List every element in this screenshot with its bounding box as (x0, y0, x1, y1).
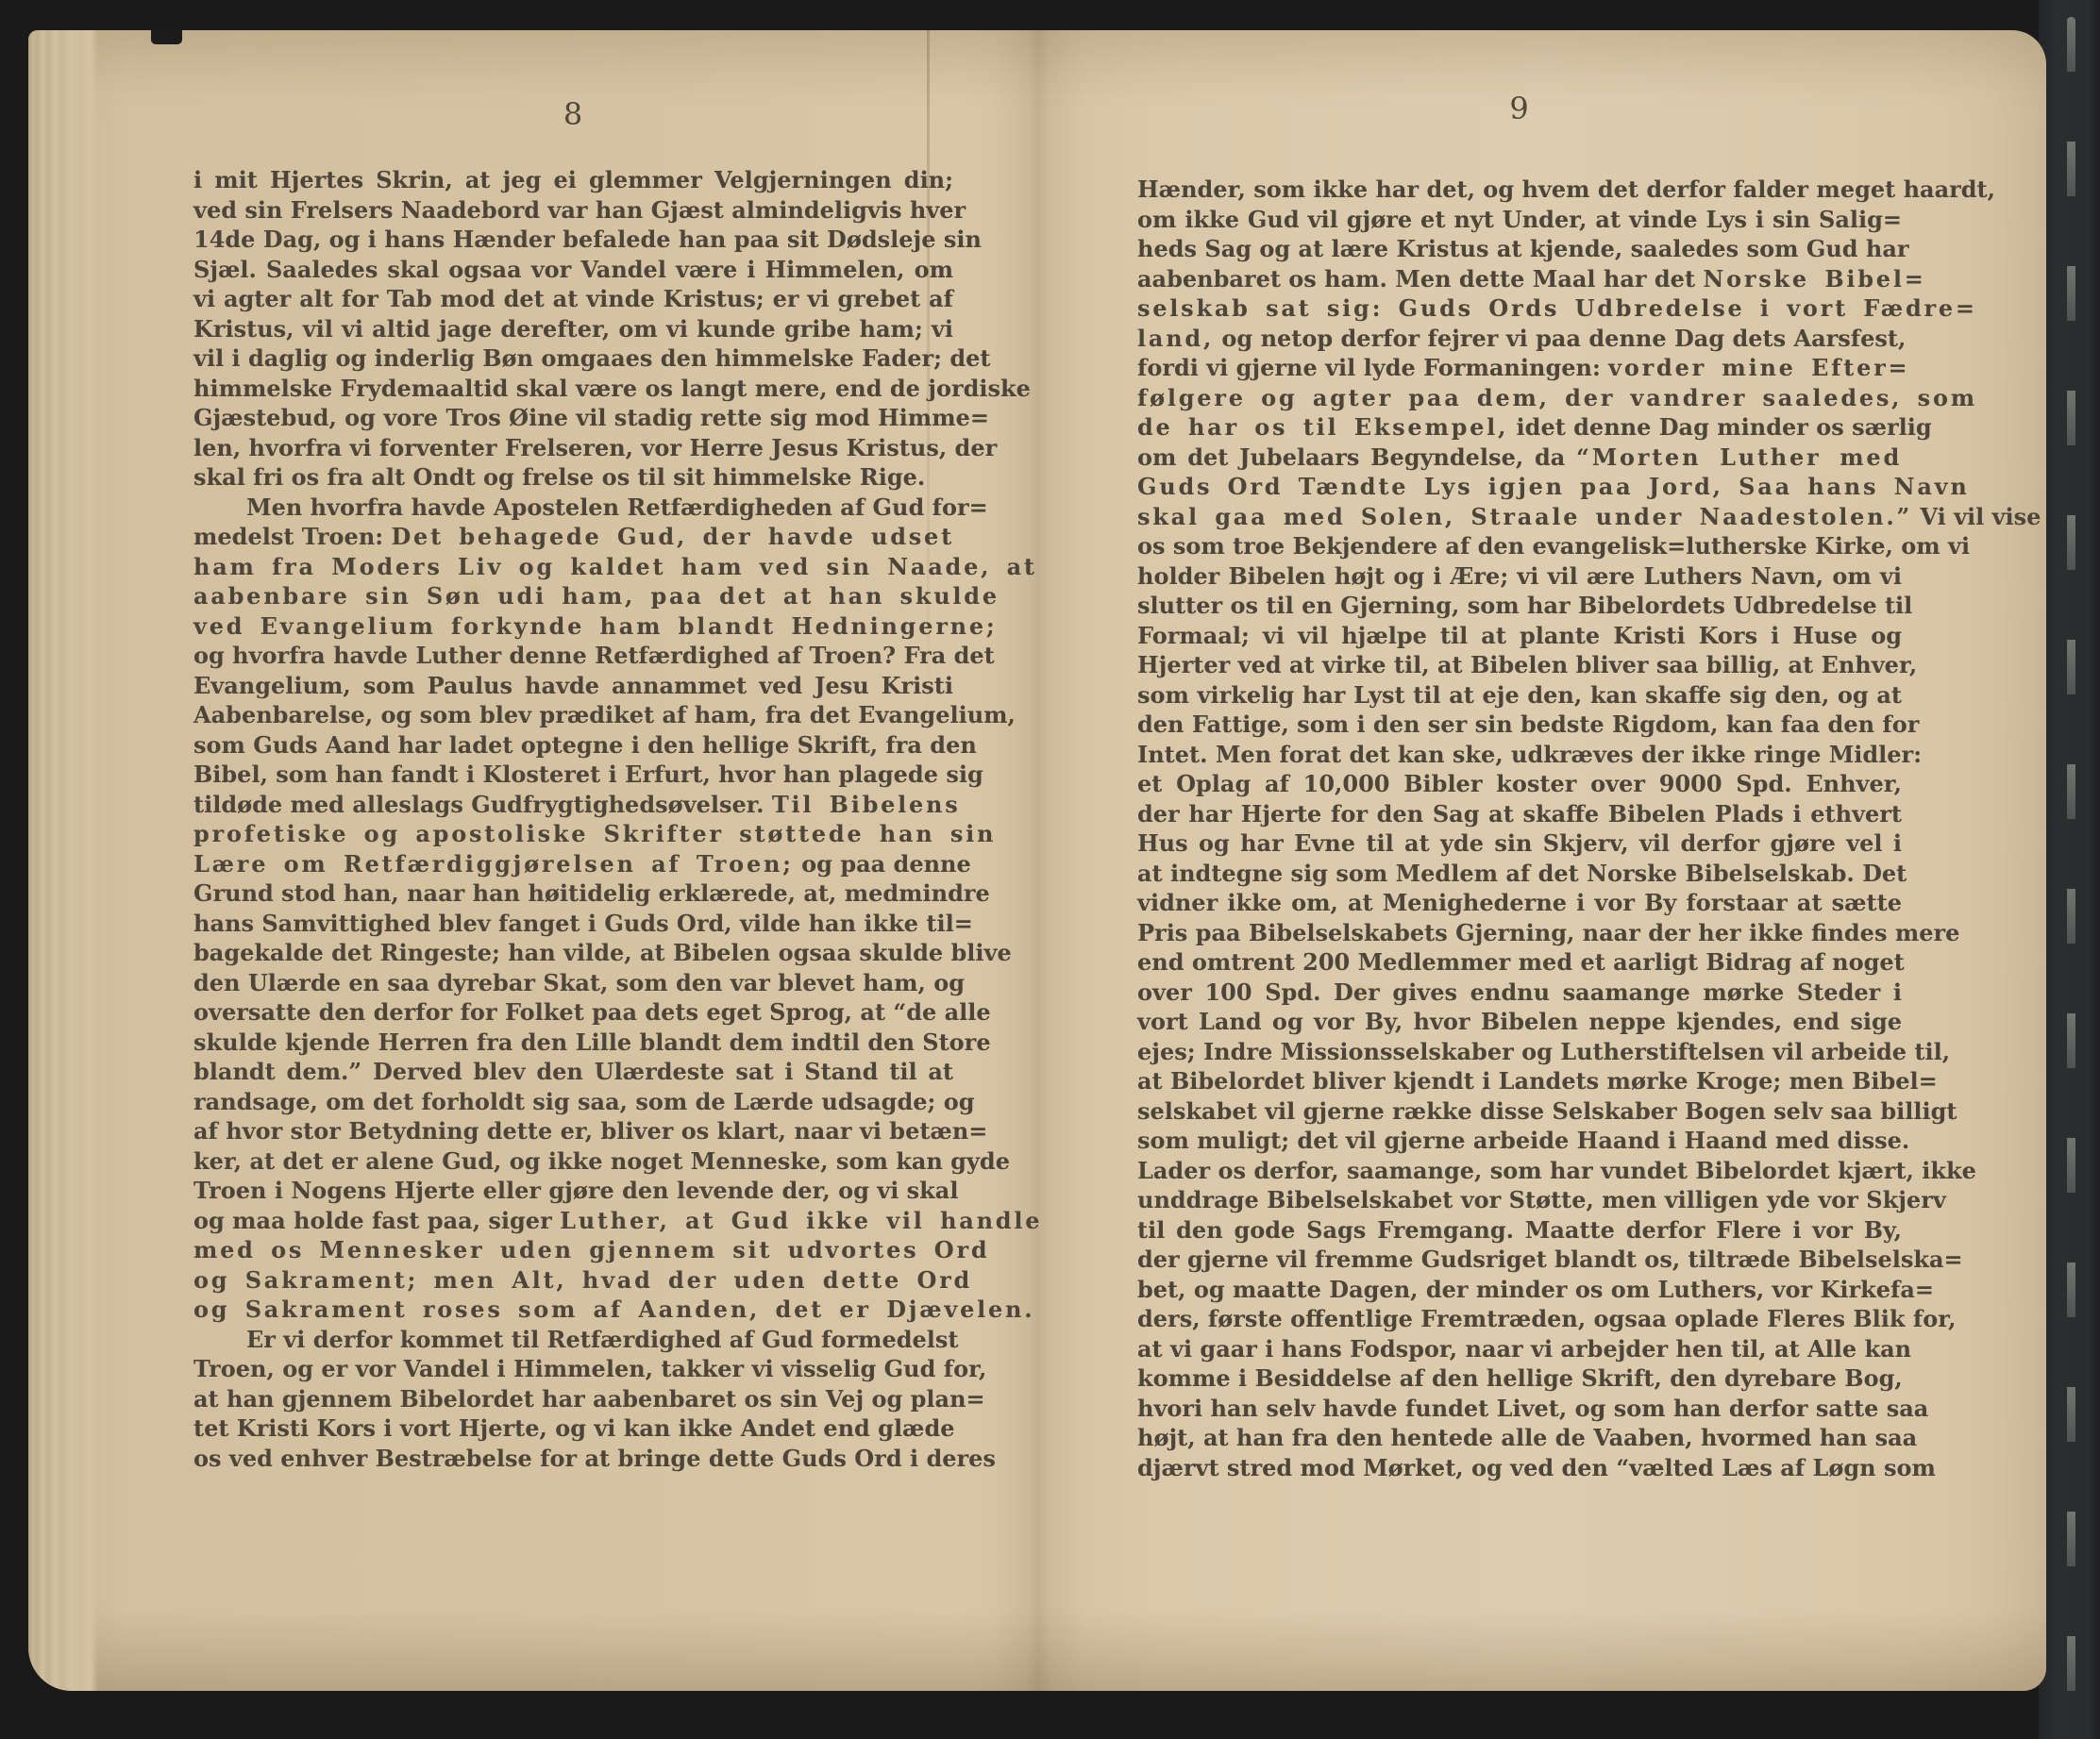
text-line: højt, at han fra den hentede alle de Vaa… (1137, 1423, 1902, 1453)
spaced-text-segment: aabenbare sin Søn udi ham, paa det at ha… (193, 582, 1000, 610)
text-line: bet, og maatte Dagen, der minder os om L… (1137, 1275, 1902, 1305)
text-segment: Kristus, vil vi altid jage derefter, om … (193, 315, 953, 343)
text-line: os ved enhver Bestræbelse for at bringe … (193, 1444, 953, 1474)
text-segment: Hjerter ved at virke til, at Bibelen bli… (1137, 651, 1917, 678)
text-segment: himmelske Frydemaaltid skal være os lang… (193, 375, 1031, 402)
text-segment: Grund stod han, naar han høitidelig erkl… (193, 879, 990, 907)
stitch-marks (2067, 17, 2075, 1720)
text-segment: slutter os til en Gjerning, som har Bibe… (1137, 592, 1912, 619)
left-page-text: i mit Hjertes Skrin, at jeg ei glemmer V… (193, 165, 953, 1473)
text-segment: Men hvorfra havde Apostelen Retfærdighed… (246, 493, 988, 521)
text-line: Hjerter ved at virke til, at Bibelen bli… (1137, 650, 1902, 680)
text-segment: medelst Troen: (193, 523, 391, 550)
text-line: unddrage Bibelselskabet vor Støtte, men … (1137, 1185, 1902, 1215)
spaced-text-segment: land, (1137, 325, 1214, 352)
text-line: og Sakrament; men Alt, hvad der uden det… (193, 1265, 953, 1296)
text-segment: i mit Hjertes Skrin, at jeg ei glemmer V… (193, 166, 953, 193)
text-segment: der har Hjerte for den Sag at skaffe Bib… (1137, 800, 1902, 828)
text-segment: idet denne Dag minder os særlig (1508, 413, 1932, 441)
text-segment: Lader os derfor, saamange, som har vunde… (1137, 1157, 1976, 1184)
text-line: djærvt stred mod Mørket, og ved den “væl… (1137, 1453, 1902, 1483)
text-line: holder Bibelen højt og i Ære; vi vil ære… (1137, 561, 1902, 592)
text-line: Men hvorfra havde Apostelen Retfærdighed… (193, 493, 953, 523)
text-segment: os som troe Bekjendere af den evangelisk… (1137, 532, 1970, 560)
text-line: at vi gaar i hans Fodspor, naar vi arbej… (1137, 1334, 1902, 1364)
text-line: len, hvorfra vi forventer Frelseren, vor… (193, 433, 953, 463)
text-segment: Pris paa Bibelselskabets Gjerning, naar … (1137, 919, 1959, 946)
text-line: Kristus, vil vi altid jage derefter, om … (193, 314, 953, 344)
text-line: randsage, om det forholdt sig saa, som d… (193, 1087, 953, 1117)
text-line: selskabet vil gjerne række disse Selskab… (1137, 1096, 1902, 1127)
text-segment: Troen i Nogens Hjerte eller gjøre den le… (193, 1177, 958, 1204)
text-segment: Troen, og er vor Vandel i Himmelen, takk… (193, 1355, 986, 1382)
text-line: Evangelium, som Paulus havde annammet ve… (193, 671, 953, 701)
text-line: over 100 Spd. Der gives endnu saamange m… (1137, 978, 1902, 1008)
text-line: som Guds Aand har ladet optegne i den he… (193, 730, 953, 761)
text-segment: tet Kristi Kors i vort Hjerte, og vi kan… (193, 1414, 955, 1442)
text-segment: at han gjennem Bibelordet har aabenbaret… (193, 1385, 985, 1413)
text-line: skal fri os fra alt Ondt og frelse os ti… (193, 462, 953, 493)
spaced-text-segment: skal gaa med Solen, Straale under Naades… (1137, 503, 1912, 530)
text-segment: len, hvorfra vi forventer Frelseren, vor… (193, 434, 997, 461)
text-line: ved sin Frelsers Naadebord var han Gjæst… (193, 195, 953, 226)
text-segment: komme i Besiddelse af den hellige Skrift… (1137, 1364, 1903, 1392)
text-segment: aabenbaret os ham. Men dette Maal har de… (1137, 265, 1703, 293)
text-line: Lader os derfor, saamange, som har vunde… (1137, 1156, 1902, 1186)
spaced-text-segment: de har os til Eksempel, (1137, 413, 1508, 441)
text-line: Hænder, som ikke har det, og hvem det de… (1137, 175, 1902, 205)
text-line: Guds Ord Tændte Lys igjen paa Jord, Saa … (1137, 472, 1902, 502)
text-segment: Evangelium, som Paulus havde annammet ve… (193, 672, 953, 699)
text-line: komme i Besiddelse af den hellige Skrift… (1137, 1363, 1902, 1394)
text-line: at han gjennem Bibelordet har aabenbaret… (193, 1384, 953, 1414)
spaced-text-segment: med os Mennesker uden gjennem sit udvort… (193, 1236, 989, 1263)
text-line: profetiske og apostoliske Skrifter støtt… (193, 819, 953, 849)
text-line: et Oplag af 10,000 Bibler koster over 90… (1137, 769, 1902, 799)
text-line: ved Evangelium forkynde ham blandt Hedni… (193, 611, 953, 642)
text-segment: skal fri os fra alt Ondt og frelse os ti… (193, 463, 925, 491)
text-segment: end omtrent 200 Medlemmer med et aarligt… (1137, 948, 1905, 976)
spaced-text-segment: Til Bibelens (772, 791, 961, 818)
text-segment: Hus og har Evne til at yde sin Skjerv, v… (1137, 829, 1902, 857)
text-line: himmelske Frydemaaltid skal være os lang… (193, 374, 953, 404)
text-segment: fordi vi gjerne vil lyde Formaningen: (1137, 354, 1608, 381)
text-segment: Hænder, som ikke har det, og hvem det de… (1137, 176, 1995, 203)
book-spread: 8 i mit Hjertes Skrin, at jeg ei glemmer… (28, 30, 2046, 1691)
text-line: ham fra Moders Liv og kaldet ham ved sin… (193, 552, 953, 582)
text-segment: skulde kjende Herren fra den Lille bland… (193, 1028, 991, 1056)
spaced-text-segment: selskab sat sig: Guds Ords Udbredelse i … (1137, 294, 1977, 322)
text-segment: bet, og maatte Dagen, der minder os om L… (1137, 1276, 1934, 1303)
book-scan: 8 i mit Hjertes Skrin, at jeg ei glemmer… (0, 0, 2100, 1739)
text-segment: Formaal; vi vil hjælpe til at plante Kri… (1137, 622, 1902, 649)
text-segment: Aabenbarelse, og som blev prædiket af ha… (193, 701, 1016, 728)
text-line: end omtrent 200 Medlemmer med et aarligt… (1137, 947, 1902, 978)
text-line: den Ulærde en saa dyrebar Skat, som den … (193, 968, 953, 998)
text-segment: tildøde med alleslags Gudfrygtighedsøvel… (193, 791, 772, 818)
text-segment: at indtegne sig som Medlem af det Norske… (1137, 860, 1907, 887)
text-segment: vidner ikke om, at Menighederne i vor By… (1137, 889, 1902, 916)
text-line: Aabenbarelse, og som blev prædiket af ha… (193, 700, 953, 730)
text-line: om ikke Gud vil gjøre et nyt Under, at v… (1137, 205, 1902, 235)
text-segment: Er vi derfor kommet til Retfærdighed af … (246, 1326, 958, 1353)
text-line: og maa holde fast paa, siger Luther, at … (193, 1206, 953, 1236)
text-line: skulde kjende Herren fra den Lille bland… (193, 1028, 953, 1058)
text-line: Er vi derfor kommet til Retfærdighed af … (193, 1325, 953, 1355)
text-line: vidner ikke om, at Menighederne i vor By… (1137, 888, 1902, 918)
text-line: der gjerne vil fremme Gudsriget blandt o… (1137, 1245, 1902, 1275)
text-line: ejes; Indre Missionsselskaber og Luthers… (1137, 1037, 1902, 1067)
text-segment: at Bibelordet bliver kjendt i Landets mø… (1137, 1067, 1938, 1095)
text-line: at Bibelordet bliver kjendt i Landets mø… (1137, 1066, 1902, 1096)
text-segment: Intet. Men forat det kan ske, udkræves d… (1137, 741, 1922, 768)
text-segment: over 100 Spd. Der gives endnu saamange m… (1137, 978, 1902, 1006)
text-segment: randsage, om det forholdt sig saa, som d… (193, 1088, 975, 1115)
text-line: ders, første offentlige Fremtræden, ogsa… (1137, 1304, 1902, 1334)
text-line: Troen, og er vor Vandel i Himmelen, takk… (193, 1354, 953, 1384)
spaced-text-segment: Det behagede Gud, der havde udset (391, 523, 953, 550)
text-line: tet Kristi Kors i vort Hjerte, og vi kan… (193, 1413, 953, 1444)
text-line: skal gaa med Solen, Straale under Naades… (1137, 502, 1902, 532)
text-line: blandt dem.” Derved blev den Ulærdeste s… (193, 1057, 953, 1087)
text-line: slutter os til en Gjerning, som har Bibe… (1137, 591, 1902, 621)
text-line: os som troe Bekjendere af den evangelisk… (1137, 531, 1902, 561)
text-line: der har Hjerte for den Sag at skaffe Bib… (1137, 799, 1902, 829)
text-segment: den Fattige, som i den ser sin bedste Ri… (1137, 711, 1919, 738)
text-segment: os ved enhver Bestræbelse for at bringe … (193, 1445, 996, 1472)
text-segment: 14de Dag, og i hans Hænder befalede han … (193, 226, 982, 253)
text-segment: om ikke Gud vil gjøre et nyt Under, at v… (1137, 206, 1902, 233)
text-line: Grund stod han, naar han høitidelig erkl… (193, 878, 953, 909)
text-segment: oversatte den derfor for Folket paa dets… (193, 998, 991, 1026)
spaced-text-segment: ved Evangelium forkynde ham blandt Hedni… (193, 612, 998, 640)
spaced-text-segment: Norske Bibel= (1703, 265, 1925, 293)
page-number-left: 8 (193, 96, 953, 132)
text-line: med os Mennesker uden gjennem sit udvort… (193, 1235, 953, 1265)
text-segment: bagekalde det Ringeste; han vilde, at Bi… (193, 939, 1012, 966)
spaced-text-segment: Guds Ord Tændte Lys igjen paa Jord, Saa … (1137, 473, 1970, 500)
spaced-text-segment: Lære om Retfærdiggjørelsen af Troen; (193, 850, 794, 878)
text-line: og hvorfra havde Luther denne Retfærdigh… (193, 641, 953, 671)
text-line: hvori han selv havde fundet Livet, og so… (1137, 1394, 1902, 1424)
text-line: vi agter alt for Tab mod det at vinde Kr… (193, 284, 953, 314)
spaced-text-segment: følgere og agter paa dem, der vandrer sa… (1137, 384, 1977, 411)
text-segment: højt, at han fra den hentede alle de Vaa… (1137, 1424, 1917, 1451)
text-segment: af hvor stor Betydning dette er, bliver … (193, 1117, 987, 1145)
text-line: Intet. Men forat det kan ske, udkræves d… (1137, 740, 1902, 770)
text-line: Lære om Retfærdiggjørelsen af Troen; og … (193, 849, 953, 879)
text-segment: ders, første offentlige Fremtræden, ogsa… (1137, 1305, 1956, 1332)
spaced-text-segment: og Sakrament roses som af Aanden, det er… (193, 1296, 1034, 1323)
text-line: at indtegne sig som Medlem af det Norske… (1137, 859, 1902, 889)
text-line: fordi vi gjerne vil lyde Formaningen: vo… (1137, 353, 1902, 383)
text-line: tildøde med alleslags Gudfrygtighedsøvel… (193, 790, 953, 820)
text-line: aabenbare sin Søn udi ham, paa det at ha… (193, 581, 953, 611)
text-segment: at vi gaar i hans Fodspor, naar vi arbej… (1137, 1335, 1911, 1363)
text-line: selskab sat sig: Guds Ords Udbredelse i … (1137, 293, 1902, 324)
text-line: vil i daglig og inderlig Bøn omgaaes den… (193, 343, 953, 374)
text-segment: ker, at det er alene Gud, og ikke noget … (193, 1147, 1010, 1175)
text-segment: ved sin Frelsers Naadebord var han Gjæst… (193, 196, 966, 224)
spaced-text-segment: vorder mine Efter= (1608, 354, 1909, 381)
text-segment: Bibel, som han fandt i Klosteret i Erfur… (193, 761, 983, 788)
text-line: aabenbaret os ham. Men dette Maal har de… (1137, 264, 1902, 294)
text-segment: vil i daglig og inderlig Bøn omgaaes den… (193, 344, 990, 372)
text-segment: om det Jubelaars Begyndelse, da (1137, 443, 1576, 471)
page-left: 8 i mit Hjertes Skrin, at jeg ei glemmer… (28, 30, 1033, 1691)
text-line: Bibel, som han fandt i Klosteret i Erfur… (193, 760, 953, 790)
text-line: som muligt; det vil gjerne arbeide Haand… (1137, 1126, 1902, 1156)
text-segment: hans Samvittighed blev fanget i Guds Ord… (193, 910, 973, 937)
text-line: ker, at det er alene Gud, og ikke noget … (193, 1146, 953, 1177)
text-segment: blandt dem.” Derved blev den Ulærdeste s… (193, 1058, 953, 1085)
right-page-text: Hænder, som ikke har det, og hvem det de… (1137, 175, 1902, 1482)
text-line: af hvor stor Betydning dette er, bliver … (193, 1116, 953, 1146)
text-line: Troen i Nogens Hjerte eller gjøre den le… (193, 1176, 953, 1206)
spaced-text-segment: profetiske og apostoliske Skrifter støtt… (193, 820, 996, 847)
text-segment: vi agter alt for Tab mod det at vinde Kr… (193, 285, 953, 312)
text-segment: Sjæl. Saaledes skal ogsaa vor Vandel vær… (193, 256, 953, 283)
page-right: 9 Hænder, som ikke har det, og hvem det … (1033, 30, 2046, 1691)
spaced-text-segment: ham fra Moders Liv og kaldet ham ved sin… (193, 553, 1037, 580)
page-number-right: 9 (1137, 91, 1902, 126)
text-segment: unddrage Bibelselskabet vor Støtte, men … (1137, 1186, 1946, 1213)
text-segment: som virkelig har Lyst til at eje den, ka… (1137, 681, 1902, 709)
text-segment: til den gode Sags Fremgang. Maatte derfo… (1137, 1216, 1902, 1244)
text-segment: som Guds Aand har ladet optegne i den he… (193, 731, 977, 759)
text-segment: og netop derfor fejrer vi paa denne Dag … (1214, 325, 1906, 352)
text-segment: holder Bibelen højt og i Ære; vi vil ære… (1137, 562, 1902, 590)
text-segment: Gjæstebud, og vore Tros Øine vil stadig … (193, 404, 989, 431)
text-segment: som muligt; det vil gjerne arbeide Haand… (1137, 1127, 1909, 1154)
text-line: og Sakrament roses som af Aanden, det er… (193, 1295, 953, 1325)
text-segment: ejes; Indre Missionsselskaber og Luthers… (1137, 1038, 1950, 1065)
text-segment: og maa holde fast paa, siger (193, 1207, 560, 1234)
text-segment: den Ulærde en saa dyrebar Skat, som den … (193, 969, 965, 996)
text-segment: et Oplag af 10,000 Bibler koster over 90… (1137, 770, 1902, 797)
text-segment: hvori han selv havde fundet Livet, og so… (1137, 1395, 1928, 1422)
spaced-text-segment: og Sakrament; men Alt, hvad der uden det… (193, 1266, 972, 1294)
text-line: medelst Troen: Det behagede Gud, der hav… (193, 522, 953, 552)
text-line: i mit Hjertes Skrin, at jeg ei glemmer V… (193, 165, 953, 195)
text-line: om det Jubelaars Begyndelse, da “Morten … (1137, 443, 1902, 473)
text-line: til den gode Sags Fremgang. Maatte derfo… (1137, 1215, 1902, 1246)
text-segment: djærvt stred mod Mørket, og ved den “væl… (1137, 1454, 1936, 1481)
text-segment: og hvorfra havde Luther denne Retfærdigh… (193, 642, 995, 669)
spaced-text-segment: “Morten Luther med (1576, 443, 1902, 471)
text-line: vort Land og vor By, hvor Bibelen neppe … (1137, 1007, 1902, 1037)
text-segment: Vi vil vise (1912, 503, 2041, 530)
text-line: Pris paa Bibelselskabets Gjerning, naar … (1137, 918, 1902, 948)
text-line: som virkelig har Lyst til at eje den, ka… (1137, 680, 1902, 711)
text-line: land, og netop derfor fejrer vi paa denn… (1137, 324, 1902, 354)
text-line: oversatte den derfor for Folket paa dets… (193, 997, 953, 1028)
text-segment: heds Sag og at lære Kristus at kjende, s… (1137, 235, 1909, 262)
text-segment: og paa denne (794, 850, 971, 878)
text-segment: vort Land og vor By, hvor Bibelen neppe … (1137, 1008, 1902, 1035)
text-segment: der gjerne vil fremme Gudsriget blandt o… (1137, 1246, 1963, 1273)
text-line: Gjæstebud, og vore Tros Øine vil stadig … (193, 403, 953, 433)
binding-strip (2039, 0, 2100, 1739)
text-line: Sjæl. Saaledes skal ogsaa vor Vandel vær… (193, 255, 953, 285)
text-line: heds Sag og at lære Kristus at kjende, s… (1137, 234, 1902, 264)
text-segment: selskabet vil gjerne række disse Selskab… (1137, 1097, 1957, 1125)
text-line: Hus og har Evne til at yde sin Skjerv, v… (1137, 828, 1902, 859)
text-line: de har os til Eksempel, idet denne Dag m… (1137, 412, 1902, 443)
text-line: den Fattige, som i den ser sin bedste Ri… (1137, 710, 1902, 740)
text-line: hans Samvittighed blev fanget i Guds Ord… (193, 909, 953, 939)
text-line: 14de Dag, og i hans Hænder befalede han … (193, 225, 953, 255)
text-line: følgere og agter paa dem, der vandrer sa… (1137, 383, 1902, 413)
text-line: bagekalde det Ringeste; han vilde, at Bi… (193, 938, 953, 968)
spaced-text-segment: Luther, at Gud ikke vil handle (560, 1207, 1042, 1234)
text-line: Formaal; vi vil hjælpe til at plante Kri… (1137, 621, 1902, 651)
